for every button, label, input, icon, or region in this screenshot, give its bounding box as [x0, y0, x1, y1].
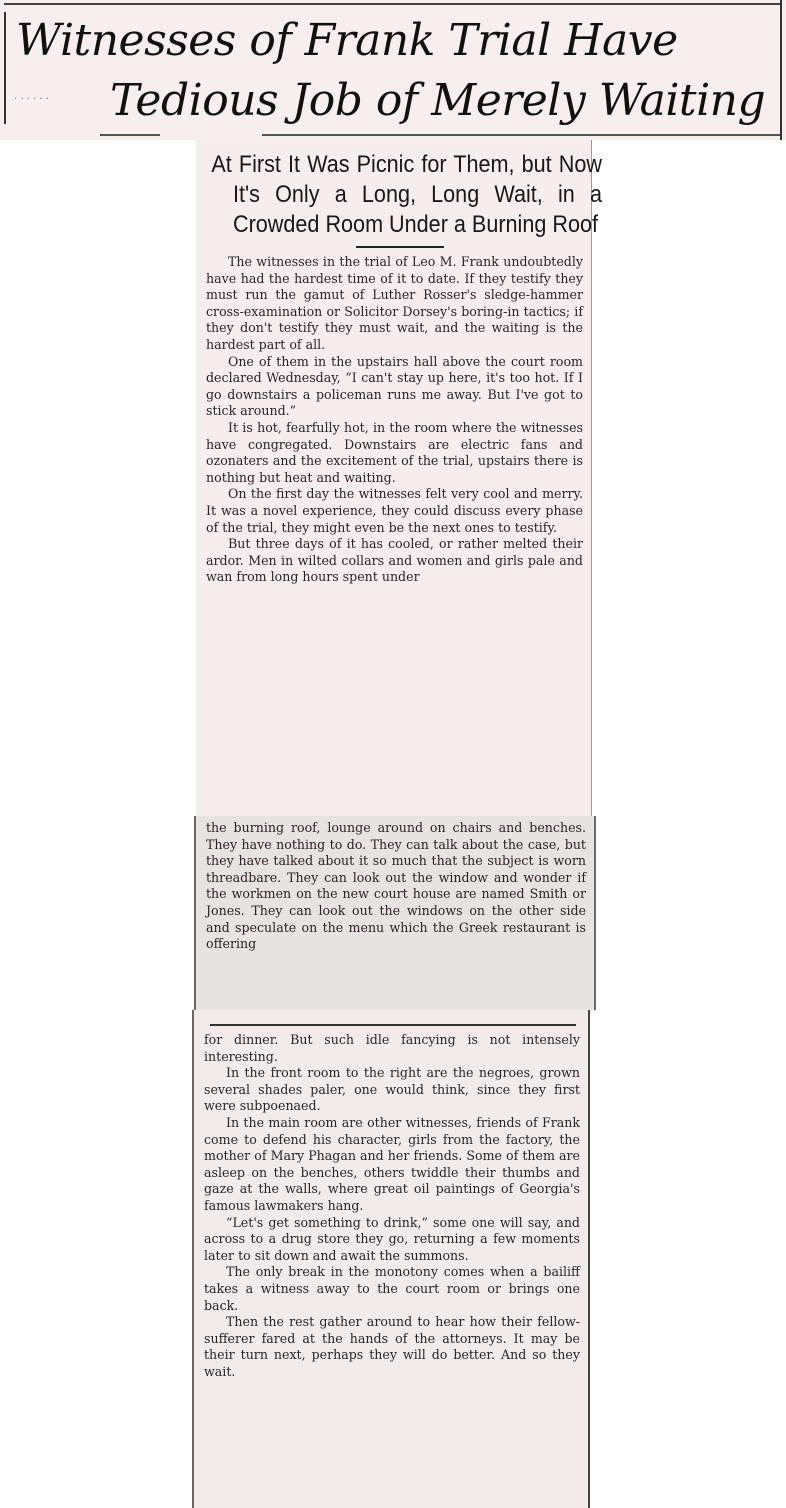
subheadline-deck: At First It Was Picnic for Them, but Now…: [206, 150, 602, 240]
right-border: [780, 0, 782, 140]
paragraph: The only break in the monotony comes whe…: [204, 1264, 580, 1314]
article-column-2: the burning roof, lounge around on chair…: [194, 816, 596, 1010]
paragraph: In the front room to the right are the n…: [204, 1065, 580, 1115]
headline-line-1: Witnesses of Frank Trial Have: [16, 16, 678, 66]
article-column-3: for dinner. But such idle fancying is no…: [192, 1010, 590, 1508]
top-rule: [4, 3, 780, 5]
paragraph: One of them in the upstairs hall above t…: [206, 354, 583, 420]
left-border: [4, 12, 6, 124]
paragraph: “Let's get something to drink,” some one…: [204, 1215, 580, 1265]
paragraph: The witnesses in the trial of Leo M. Fra…: [206, 254, 583, 354]
paragraph: Then the rest gather around to hear how …: [204, 1314, 580, 1380]
paragraph: But three days of it has cooled, or rath…: [206, 536, 583, 586]
paragraph: It is hot, fearfully hot, in the room wh…: [206, 420, 583, 486]
article-column-1: At First It Was Picnic for Them, but Now…: [196, 140, 592, 816]
headline-dots: ......: [14, 88, 52, 102]
paragraph: On the first day the witnesses felt very…: [206, 486, 583, 536]
bottom-rule: [262, 134, 780, 136]
column-rule: [210, 1024, 576, 1026]
bottom-rule-left: [100, 134, 160, 136]
paragraph: for dinner. But such idle fancying is no…: [204, 1032, 580, 1065]
paragraph: the burning roof, lounge around on chair…: [206, 820, 586, 953]
headline-line-2: Tedious Job of Merely Waiting: [110, 76, 765, 126]
deck-rule: [356, 246, 444, 248]
paragraph: In the main room are other witnesses, fr…: [204, 1115, 580, 1215]
headline-block: Witnesses of Frank Trial Have ...... Ted…: [0, 0, 786, 140]
